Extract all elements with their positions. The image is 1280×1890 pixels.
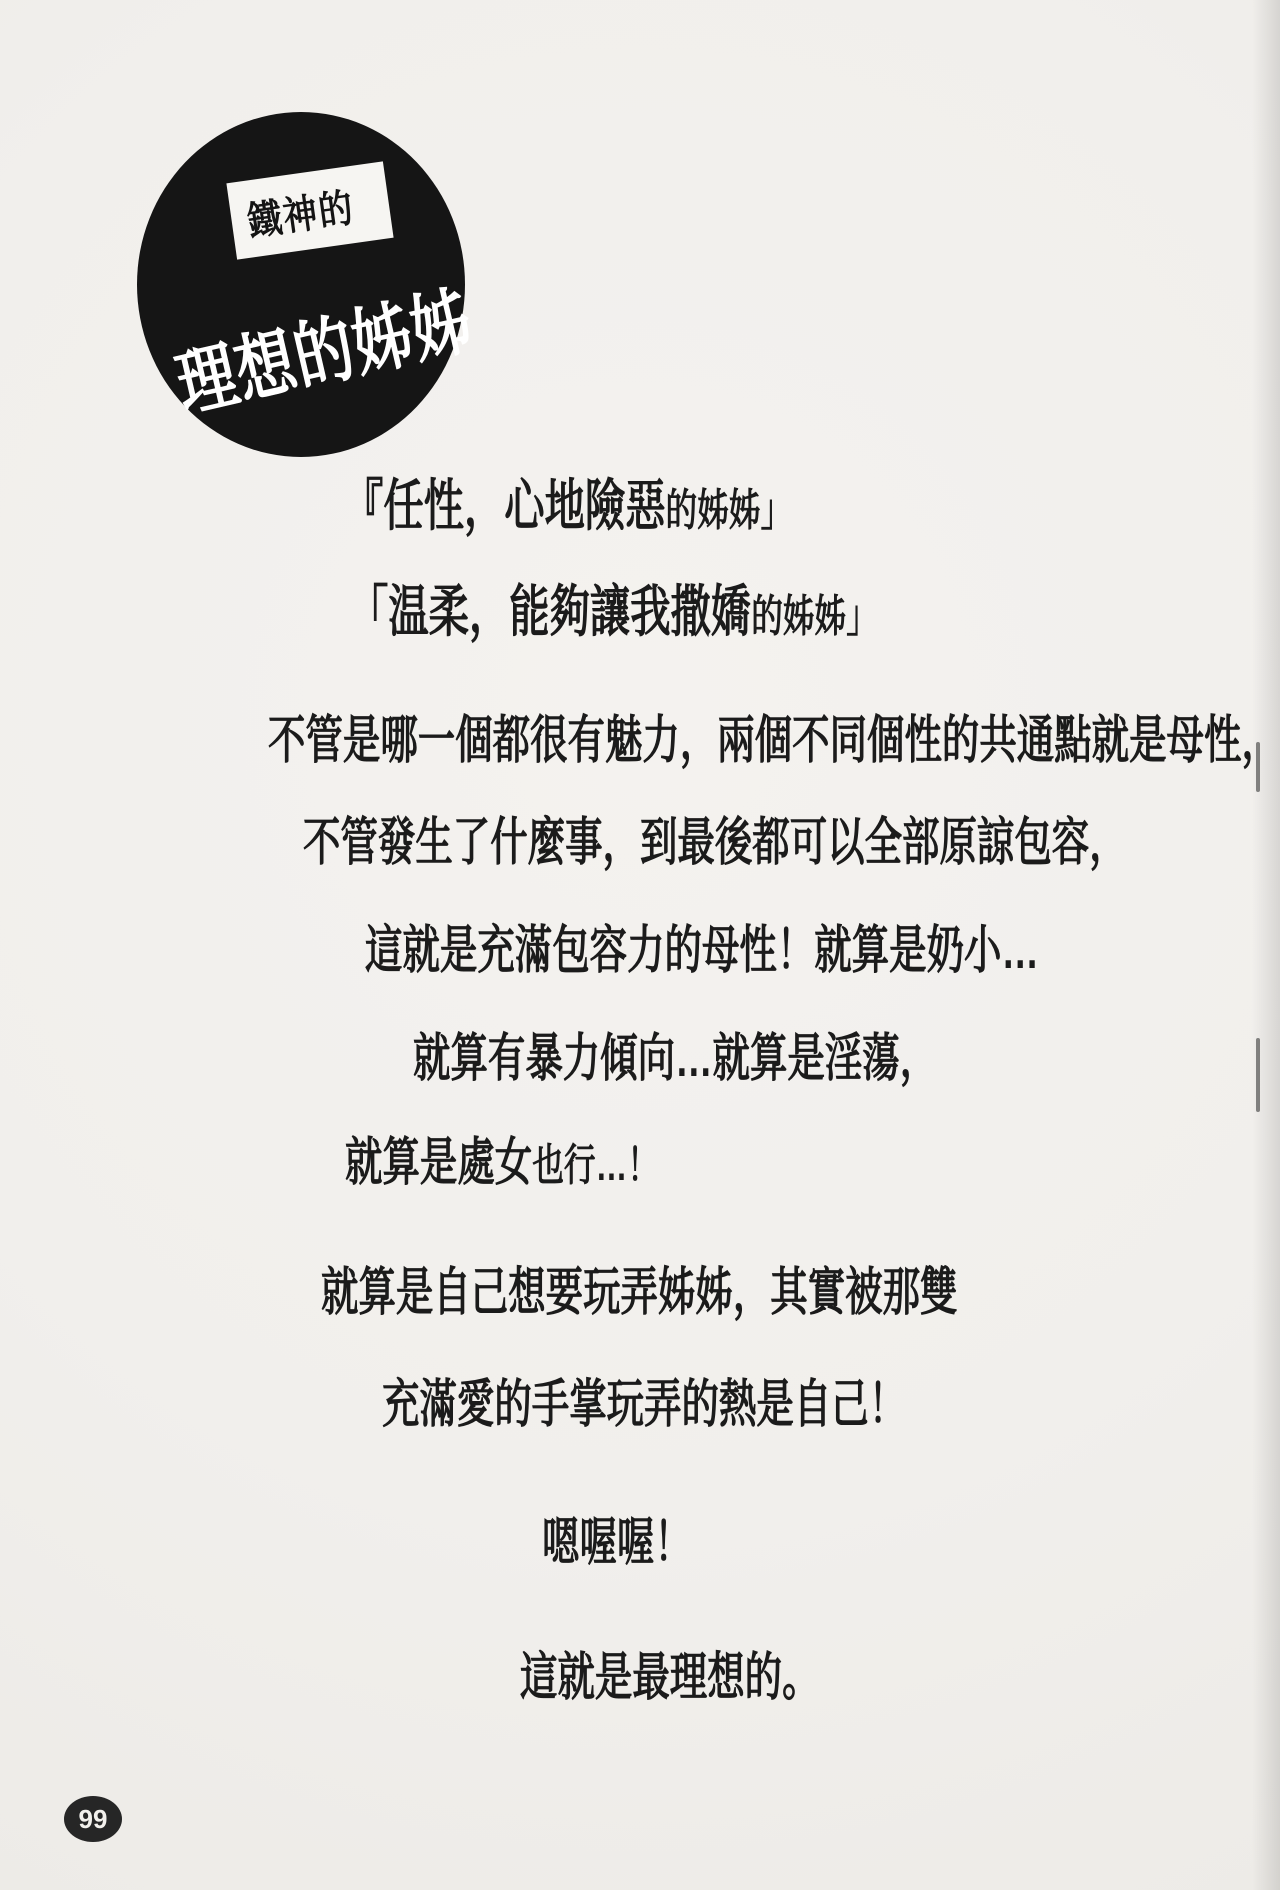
text-line-5: 這就是充滿包容力的母性！就算是奶小… (365, 908, 1039, 983)
badge-title: 理想的姊姊 (165, 262, 481, 433)
author-label: 鐵神的 (244, 176, 358, 247)
text-line-3: 不管是哪一個都很有魅力，兩個不同個性的共通點就是母性， (268, 698, 1279, 773)
text-line-1-small: 的姊姊」 (666, 486, 793, 535)
title-badge-circle: 鐵神的 理想的姊姊 (137, 112, 465, 457)
text-line-11: 這就是最理想的。 (520, 1635, 820, 1710)
text-line-4-main: 不管發生了什麼事，到最後都可以全部原諒包容， (303, 814, 1127, 872)
text-line-7-main: 就算是處女 (345, 1134, 532, 1192)
text-line-6-main: 就算有暴力傾向…就算是淫蕩， (413, 1030, 937, 1088)
text-line-5-main: 這就是充滿包容力的母性！就算是奶小… (365, 922, 1039, 980)
text-line-9-main: 充滿愛的手掌玩弄的熱是自己！ (382, 1376, 906, 1434)
text-line-10-main: 嗯喔喔！ (542, 1514, 692, 1572)
page-number-badge: 99 (64, 1796, 122, 1842)
author-label-box: 鐵神的 (229, 164, 392, 258)
text-line-8-main: 就算是自己想要玩弄姊姊，其實被那雙 (321, 1264, 957, 1322)
text-line-1-main: 『任性，心地險惡 (343, 474, 666, 537)
page-number: 99 (79, 1804, 108, 1835)
text-line-7-small: 也行…！ (532, 1141, 659, 1190)
text-line-10: 嗯喔喔！ (542, 1500, 692, 1575)
text-line-4: 不管發生了什麼事，到最後都可以全部原諒包容， (303, 800, 1127, 875)
text-line-3-main: 不管是哪一個都很有魅力，兩個不同個性的共通點就是母性， (268, 712, 1279, 770)
text-line-11-main: 這就是最理想的。 (520, 1649, 820, 1707)
text-line-2-small: 的姊姊」 (751, 592, 878, 641)
text-line-6: 就算有暴力傾向…就算是淫蕩， (413, 1016, 937, 1091)
text-line-7: 就算是處女也行…！ (345, 1120, 659, 1195)
scan-edge-shadow (1252, 0, 1280, 1890)
text-line-2: 「温柔，能夠讓我撒嬌的姊姊」 (348, 568, 878, 648)
scan-artifact-mark (1256, 1038, 1260, 1112)
text-line-2-main: 「温柔，能夠讓我撒嬌 (348, 580, 751, 643)
text-line-1: 『任性，心地險惡的姊姊」 (343, 462, 792, 542)
text-line-8: 就算是自己想要玩弄姊姊，其實被那雙 (321, 1250, 957, 1325)
scan-artifact-mark (1256, 742, 1260, 792)
text-line-9: 充滿愛的手掌玩弄的熱是自己！ (382, 1362, 906, 1437)
scanned-page: 鐵神的 理想的姊姊 『任性，心地險惡的姊姊」 「温柔，能夠讓我撒嬌的姊姊」 不管… (0, 0, 1280, 1890)
